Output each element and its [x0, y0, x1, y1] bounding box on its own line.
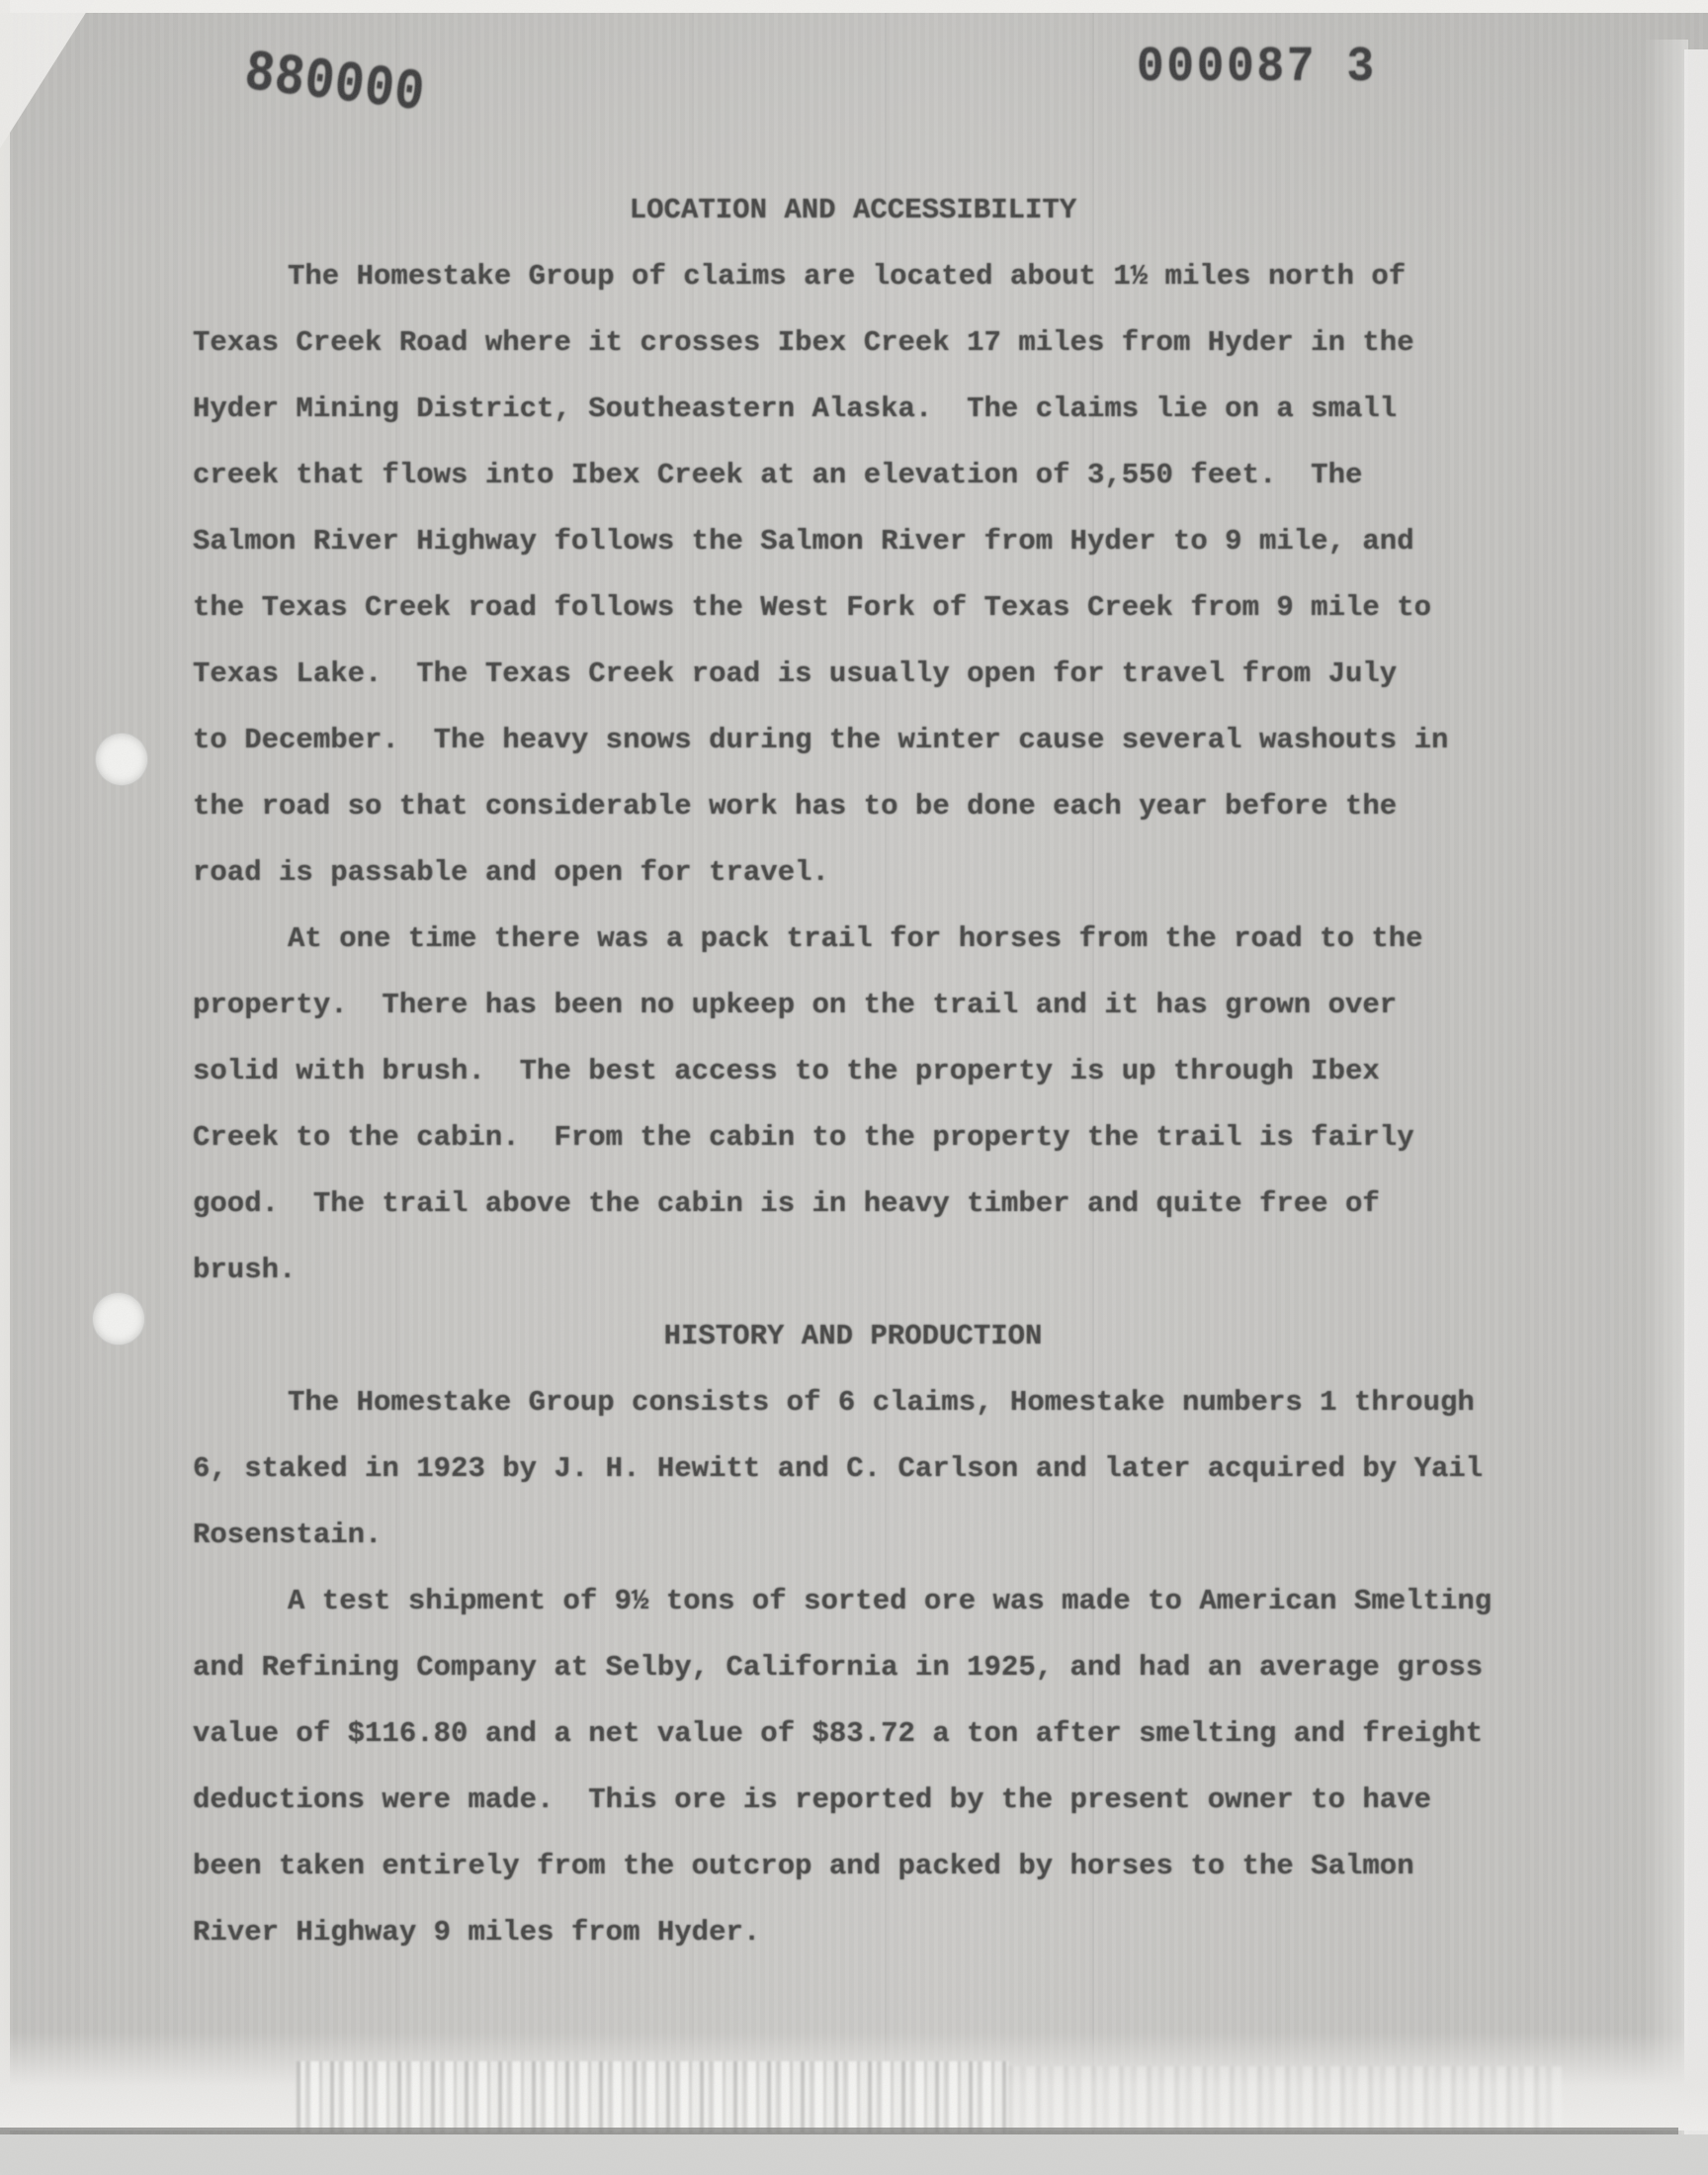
text-line: 6, staked in 1923 by J. H. Hewitt and C.… — [193, 1435, 1513, 1502]
document-number-stamp-right: 000087 3 — [1137, 40, 1377, 96]
text-line: the road so that considerable work has t… — [193, 773, 1513, 839]
text-line: good. The trail above the cabin is in he… — [193, 1171, 1513, 1237]
hole-punch-top — [95, 733, 148, 786]
scan-margin-bottom — [0, 2134, 1708, 2175]
text-line: The Homestake Group of claims are locate… — [193, 243, 1513, 309]
text-line: Creek to the cabin. From the cabin to th… — [193, 1104, 1513, 1171]
text-line: property. There has been no upkeep on th… — [193, 972, 1513, 1038]
text-line: and Refining Company at Selby, Californi… — [193, 1634, 1513, 1700]
paragraph-location-2: At one time there was a pack trail for h… — [193, 906, 1513, 1303]
paragraph-location-1: The Homestake Group of claims are locate… — [193, 243, 1513, 906]
section-heading-history-and-production: HISTORY AND PRODUCTION — [193, 1303, 1513, 1369]
text-line: A test shipment of 9½ tons of sorted ore… — [193, 1568, 1513, 1634]
section-heading-location-and-accessibility: LOCATION AND ACCESSIBILITY — [193, 177, 1513, 243]
document-number-stamp-left: 880000 — [241, 42, 428, 128]
text-line: Salmon River Highway follows the Salmon … — [193, 508, 1513, 574]
text-line: Hyder Mining District, Southeastern Alas… — [193, 376, 1513, 442]
text-line: At one time there was a pack trail for h… — [193, 906, 1513, 972]
text-line: been taken entirely from the outcrop and… — [193, 1833, 1513, 1899]
text-line: creek that flows into Ibex Creek at an e… — [193, 442, 1513, 508]
text-line: solid with brush. The best access to the… — [193, 1038, 1513, 1104]
scan-corner-top-left — [0, 0, 94, 148]
scan-edge-right — [1684, 49, 1708, 2135]
text-line: brush. — [193, 1237, 1513, 1303]
text-line: the Texas Creek road follows the West Fo… — [193, 574, 1513, 641]
document-body: LOCATION AND ACCESSIBILITY The Homestake… — [193, 177, 1513, 1965]
text-line: deductions were made. This ore is report… — [193, 1767, 1513, 1833]
text-line: Texas Creek Road where it crosses Ibex C… — [193, 309, 1513, 376]
text-line: road is passable and open for travel. — [193, 839, 1513, 906]
scan-edge-top — [0, 0, 1708, 13]
text-line: value of $116.80 and a net value of $83.… — [193, 1700, 1513, 1767]
scan-edge-right-fade — [1644, 40, 1688, 2135]
text-line: The Homestake Group consists of 6 claims… — [193, 1369, 1513, 1435]
text-line: to December. The heavy snows during the … — [193, 707, 1513, 773]
paragraph-history-2: A test shipment of 9½ tons of sorted ore… — [193, 1568, 1513, 1965]
text-line: Texas Lake. The Texas Creek road is usua… — [193, 641, 1513, 707]
scan-streaks-bottom — [297, 2061, 1008, 2132]
text-line: Rosenstain. — [193, 1502, 1513, 1568]
scan-edge-left — [0, 0, 10, 2175]
paragraph-history-1: The Homestake Group consists of 6 claims… — [193, 1369, 1513, 1568]
scan-line-bottom — [0, 2128, 1678, 2134]
text-line: River Highway 9 miles from Hyder. — [193, 1899, 1513, 1965]
hole-punch-bottom — [92, 1292, 145, 1346]
scanned-page: 880000 000087 3 LOCATION AND ACCESSIBILI… — [0, 0, 1708, 2175]
scan-streaks-bottom-right — [1008, 2066, 1562, 2131]
